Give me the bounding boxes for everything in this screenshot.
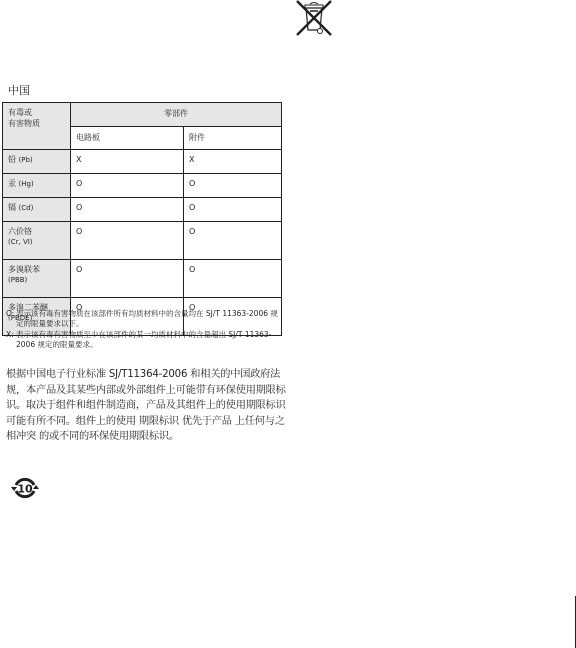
circuit-board-value: O xyxy=(71,198,184,222)
note-key: O: xyxy=(6,309,16,329)
circuit-board-header: 电路板 xyxy=(71,127,184,150)
substance-symbol: (Pb) xyxy=(19,156,33,164)
substance-name: 镉 xyxy=(8,203,16,212)
table-row: 汞 (Hg) O O xyxy=(3,174,282,198)
hazardous-substances-table: 有毒或 有害物质 零部件 电路板 附件 铅 (Pb) X X 汞 (Hg) O … xyxy=(2,102,282,336)
svg-text:10: 10 xyxy=(17,483,33,496)
note-text: 表示该有毒有害物质在该部件所有均质材料中的含量均在 SJ/T 11363-200… xyxy=(16,309,282,329)
circuit-board-value: O xyxy=(71,260,184,298)
accessories-value: O xyxy=(184,198,282,222)
section-title-china: 中国 xyxy=(8,82,30,98)
accessories-header: 附件 xyxy=(184,127,282,150)
table-row: 六价铬(Cr, VI) O O xyxy=(3,222,282,260)
parts-group-header: 零部件 xyxy=(71,103,282,127)
accessories-value: O xyxy=(184,174,282,198)
circuit-board-value: O xyxy=(71,174,184,198)
table-notes: O: 表示该有毒有害物质在该部件所有均质材料中的含量均在 SJ/T 11363-… xyxy=(6,309,282,351)
table-row: 多溴联苯(PBB) O O xyxy=(3,260,282,298)
substance-symbol: (Hg) xyxy=(19,180,34,188)
weee-crossed-bin-icon xyxy=(294,0,334,38)
substance-header: 有毒或 有害物质 xyxy=(3,103,71,150)
substance-symbol: (Cd) xyxy=(19,204,34,212)
substance-symbol: (Cr, VI) xyxy=(8,237,70,248)
note-text: 表示该有毒有害物质至少在该部件的某一均质材料中的含量超出 SJ/T 11363-… xyxy=(16,330,282,350)
substance-name: 多溴联苯 xyxy=(8,264,70,275)
substance-name: 铅 xyxy=(8,155,16,164)
table-row: 铅 (Pb) X X xyxy=(3,150,282,174)
circuit-board-value: O xyxy=(71,222,184,260)
note-x: X: 表示该有毒有害物质至少在该部件的某一均质材料中的含量超出 SJ/T 113… xyxy=(6,330,282,350)
substance-name: 六价铬 xyxy=(8,226,70,237)
note-key: X: xyxy=(6,330,16,350)
accessories-value: O xyxy=(184,260,282,298)
substance-symbol: (PBB) xyxy=(8,275,70,286)
accessories-value: X xyxy=(184,150,282,174)
accessories-value: O xyxy=(184,222,282,260)
substance-name: 汞 xyxy=(8,179,16,188)
note-o: O: 表示该有毒有害物质在该部件所有均质材料中的含量均在 SJ/T 11363-… xyxy=(6,309,282,329)
circuit-board-value: X xyxy=(71,150,184,174)
epup-paragraph: 根据中国电子行业标准 SJ/T11364-2006 和相关的中国政府法规，本产品… xyxy=(6,367,286,445)
epup-10-icon: 10 xyxy=(10,473,40,503)
table-row: 镉 (Cd) O O xyxy=(3,198,282,222)
